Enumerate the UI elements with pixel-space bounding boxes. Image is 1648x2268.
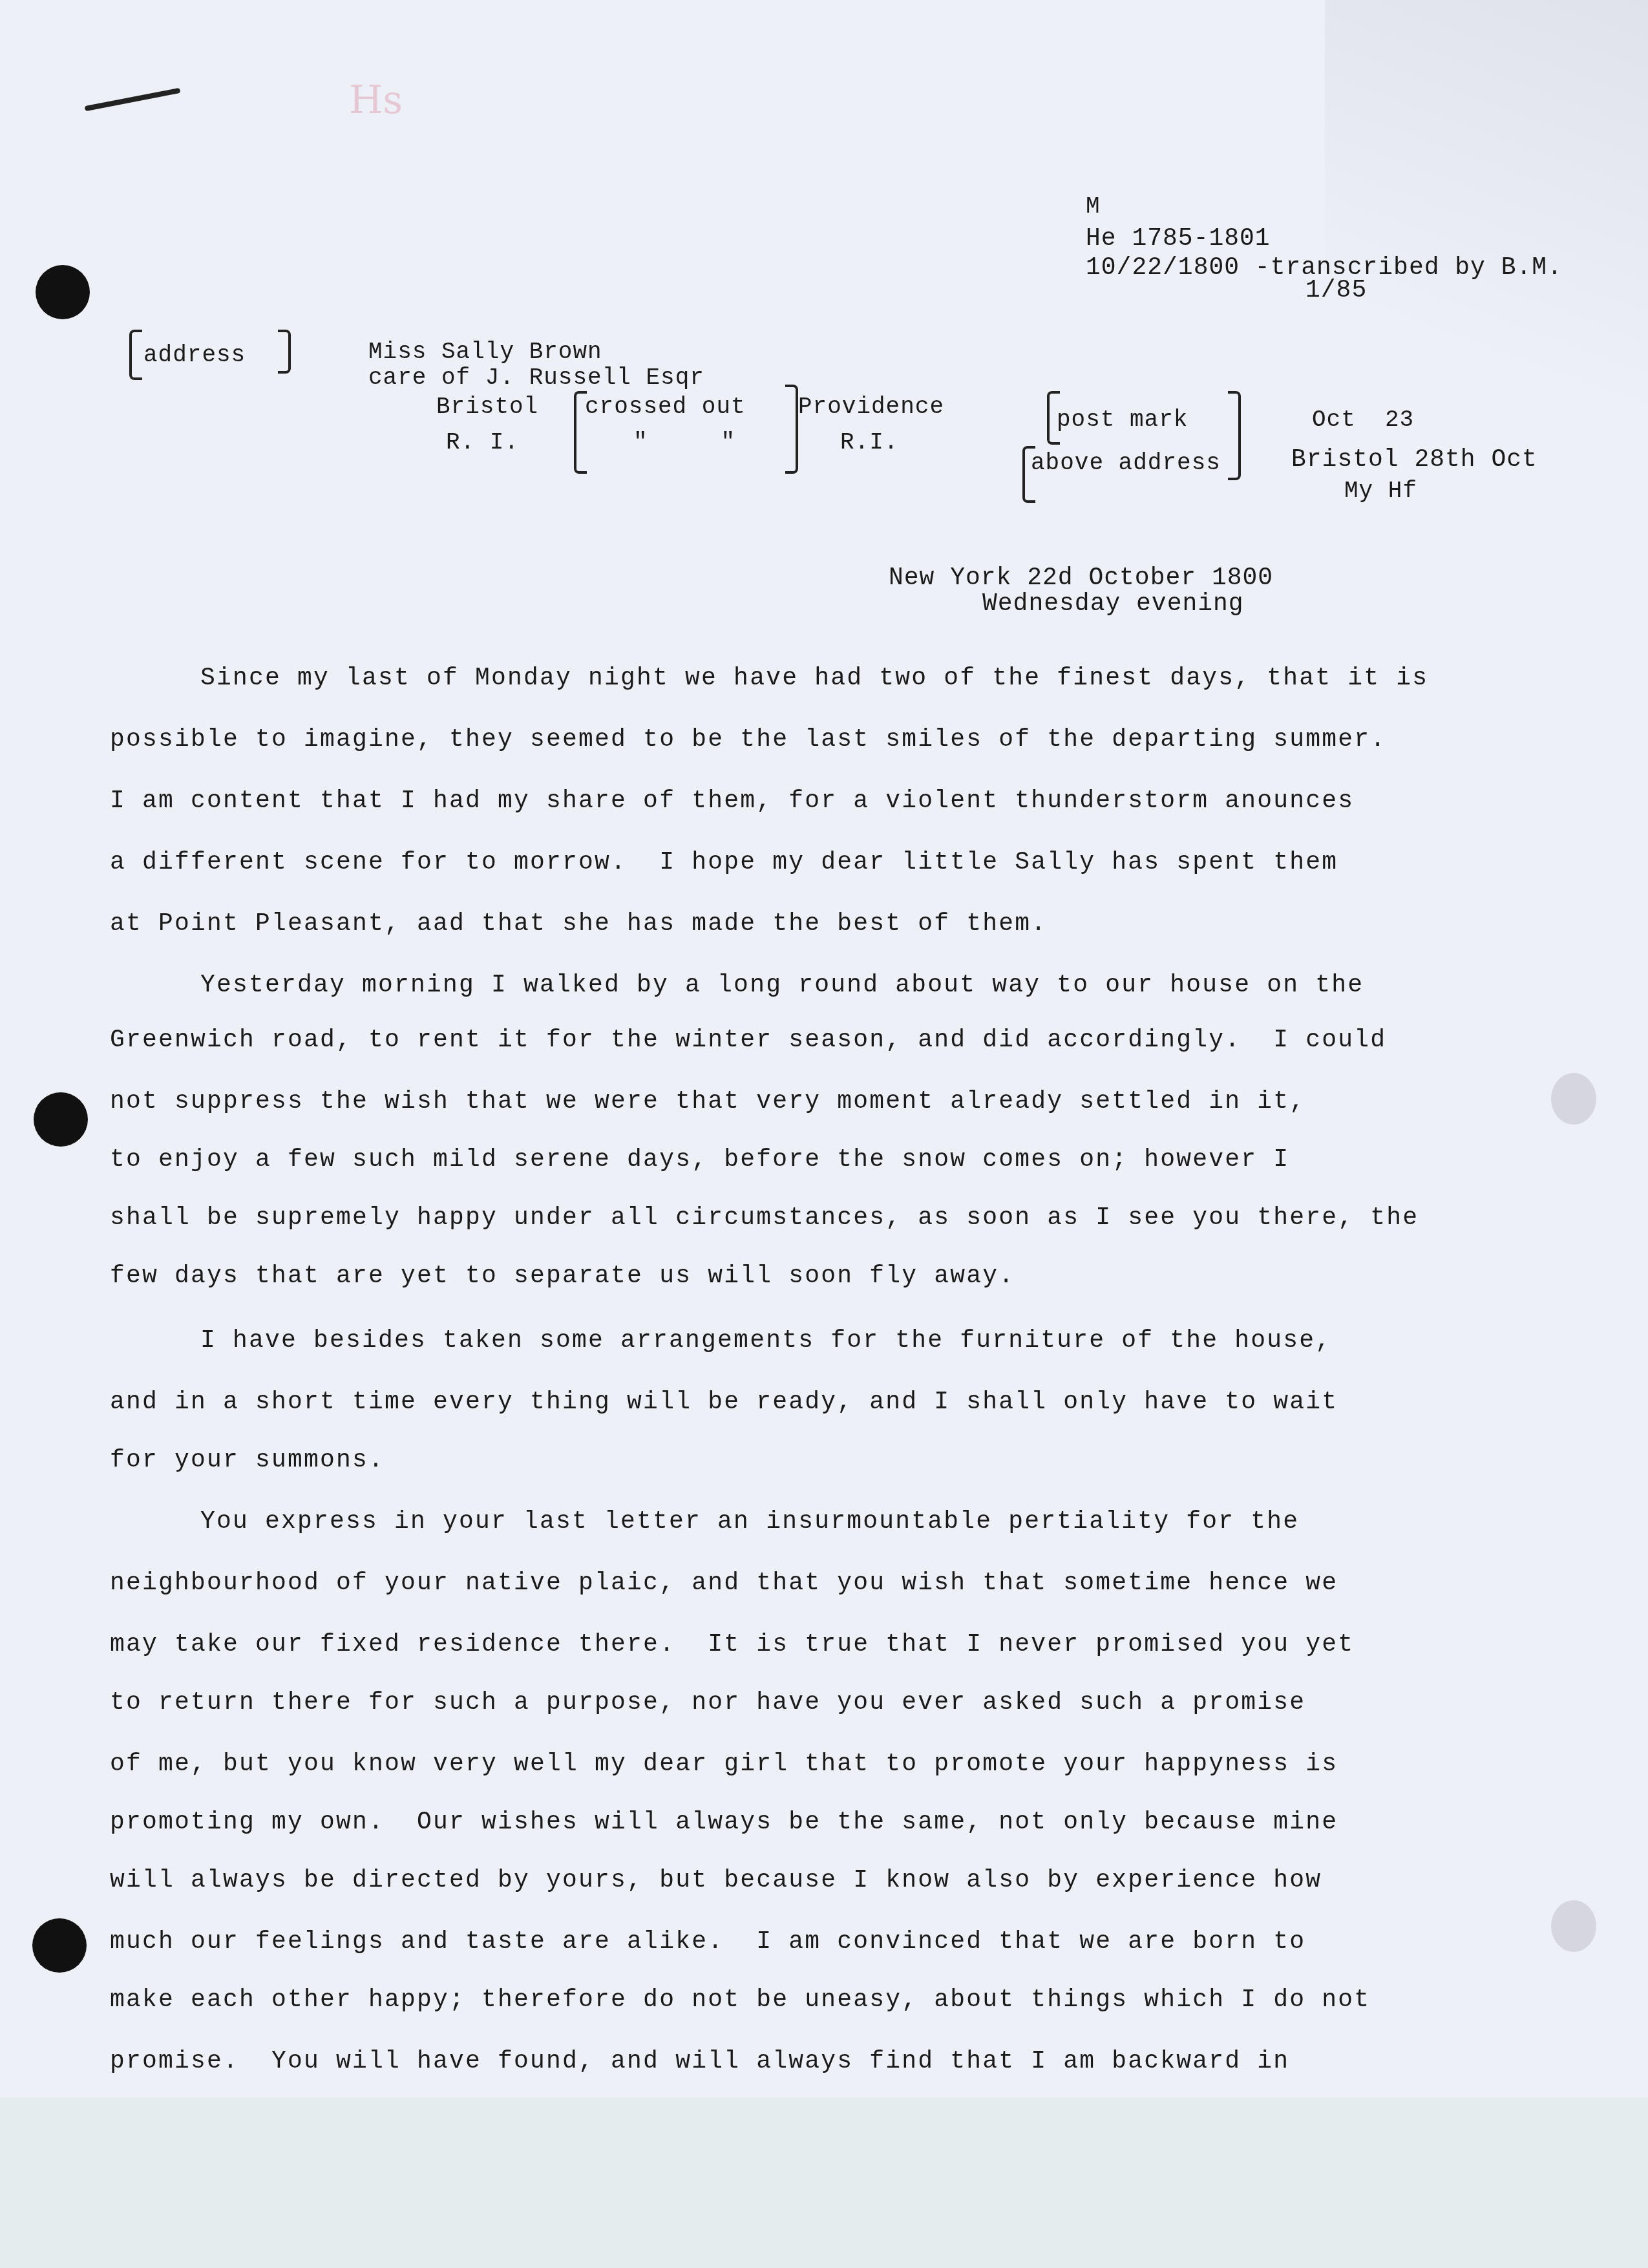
state-left: R. I.	[446, 430, 519, 456]
body-line: much our feelings and taste are alike. I…	[110, 1929, 1305, 1955]
body-line: Greenwich road, to rent it for the winte…	[110, 1028, 1386, 1054]
bracket-right	[785, 385, 798, 474]
body-line: make each other happy; therefore do not …	[110, 1987, 1370, 2013]
above-address-label: above address	[1031, 450, 1221, 476]
pen-mark	[85, 88, 181, 111]
city-left: Bristol	[436, 394, 538, 420]
scan-spot	[1551, 1900, 1596, 1952]
header-collection: He 1785-1801	[1086, 226, 1271, 252]
header-transcribed-date: 1/85	[1305, 278, 1367, 304]
ditto-marks: " "	[633, 430, 735, 456]
postmark-label: post mark	[1057, 407, 1188, 433]
body-line: of me, but you know very well my dear gi…	[110, 1752, 1338, 1777]
body-line: promoting my own. Our wishes will always…	[110, 1810, 1338, 1836]
address-label: address	[143, 343, 246, 368]
body-line: Yesterday morning I walked by a long rou…	[200, 973, 1364, 999]
body-line: You express in your last letter an insur…	[200, 1509, 1299, 1535]
body-line: I have besides taken some arrangements f…	[200, 1328, 1331, 1354]
bracket-right	[1228, 391, 1241, 480]
dateline-place: New York 22d October 1800	[889, 566, 1273, 591]
crossed-out-label: crossed out	[585, 394, 746, 420]
faint-stamp-mark: Hs	[349, 78, 403, 123]
bracket-right	[278, 330, 291, 374]
initials: My Hf	[1344, 478, 1417, 504]
body-line: to enjoy a few such mild serene days, be…	[110, 1147, 1289, 1173]
body-line: and in a short time every thing will be …	[110, 1390, 1338, 1415]
body-line: at Point Pleasant, aad that she has made…	[110, 911, 1047, 937]
header-initial: M	[1086, 194, 1101, 220]
body-line: for your summons.	[110, 1448, 385, 1474]
city-right: Providence	[798, 394, 944, 420]
body-line: not suppress the wish that we were that …	[110, 1089, 1305, 1115]
body-line: will always be directed by yours, but be…	[110, 1868, 1322, 1894]
body-line: I am content that I had my share of them…	[110, 789, 1354, 814]
punch-hole-middle	[34, 1092, 88, 1147]
punch-hole-bottom	[32, 1918, 87, 1973]
body-line: possible to imagine, they seemed to be t…	[110, 727, 1386, 753]
dateline-day: Wednesday evening	[982, 591, 1244, 617]
recipient-name: Miss Sally Brown	[368, 339, 602, 365]
postmark-date: Oct 23	[1312, 407, 1414, 433]
body-line: to return there for such a purpose, nor …	[110, 1690, 1305, 1716]
body-line: shall be supremely happy under all circu…	[110, 1205, 1419, 1231]
state-right: R.I.	[840, 430, 898, 456]
body-line: neighbourhood of your native plaic, and …	[110, 1571, 1338, 1596]
body-line: a different scene for to morrow. I hope …	[110, 850, 1338, 876]
scan-spot	[1551, 1073, 1596, 1125]
scan-bottom-margin	[0, 2097, 1648, 2268]
body-line: Since my last of Monday night we have ha…	[200, 666, 1428, 692]
punch-hole-top	[36, 265, 90, 319]
care-of-line: care of J. Russell Esqr	[368, 365, 704, 391]
body-line: few days that are yet to separate us wil…	[110, 1264, 1015, 1289]
body-line: promise. You will have found, and will a…	[110, 2049, 1289, 2075]
bristol-date: Bristol 28th Oct	[1291, 447, 1537, 473]
document-page: Hs M He 1785-1801 10/22/1800 -transcribe…	[0, 0, 1648, 2097]
bracket-left	[129, 330, 142, 380]
body-line: may take our fixed residence there. It i…	[110, 1632, 1354, 1658]
